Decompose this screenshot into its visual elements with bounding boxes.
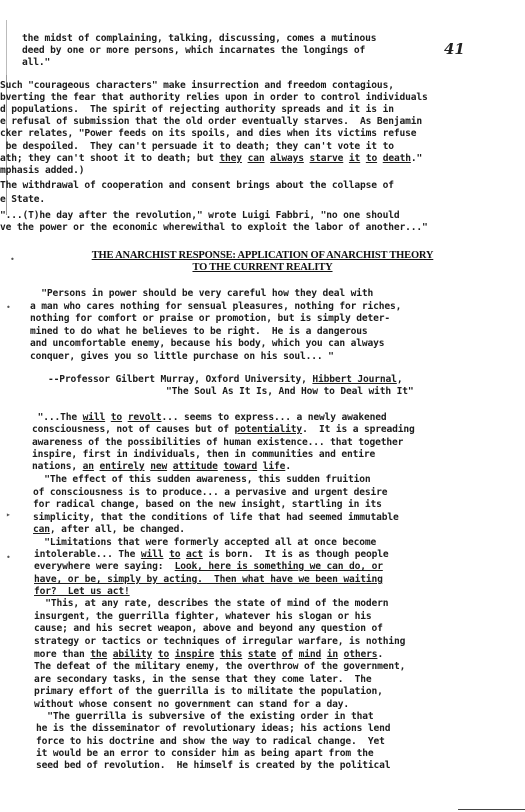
text-line-emphasis: ath; they can't shoot it to death; but t… [0,153,422,165]
text-line: bverting the fear that authority relies … [0,92,428,104]
text-line: d populations. The spirit of rejecting a… [0,104,394,116]
text-line: "...(T)he day after the revolution," wro… [0,210,399,222]
text: . It is a spreading [302,424,415,435]
text-line: ve the power or the economic wherewithal… [0,222,428,234]
underlined-word: starve [310,153,344,164]
quote-line: without whose consent no government can … [34,699,349,711]
underlined-word: to [111,412,122,423]
text-line: Such "courageous characters" make insurr… [0,80,394,92]
text: . [377,649,383,660]
quote-line: nations, an entirely new attitude toward… [32,461,291,473]
quote-line: of consciousness is to produce... a perv… [33,487,387,499]
margin-dot: • [6,303,11,312]
quote-line: inspire, first in individuals, then in c… [32,449,375,461]
underlined-word: will [83,412,106,423]
page-number: 41 [444,40,465,58]
text: is born. It is as though people [203,549,389,560]
text: "...The [32,412,83,423]
text: , after all, be changed. [50,524,185,535]
quote-line: intolerable... The will to act is born. … [34,549,389,561]
underlined-word: can [33,524,50,535]
quote-line: primary effort of the guerrilla is to mi… [34,686,383,698]
text: ... seems to express... a newly awakened [161,412,386,423]
quote-line: "Limitations that were formerly accepted… [33,537,376,549]
quote-line: "The guerrilla is subversive of the exis… [36,711,374,723]
attribution-title: "The Soul As It Is, And How to Deal with… [166,386,414,398]
quote-line: nothing for comfort or praise or promoti… [30,313,390,325]
text: consciousness, not of causes but of [32,424,235,435]
text-line: The withdrawal of cooperation and consen… [0,180,394,192]
margin-dot: • [10,255,15,264]
section-heading-line-1: THE ANARCHIST RESPONSE: APPLICATION OF A… [0,250,525,262]
quote-line: he is the disseminator of revolutionary … [36,723,390,735]
quote-line: for radical change, based on the new ins… [33,499,382,511]
underlined-word: in [327,649,338,660]
underlined-phrase: Look, here is something we can do, or [175,561,383,572]
text: . [285,461,291,472]
quote-line: consciousness, not of causes but of pote… [32,424,415,436]
quote-line: cause; and his secret weapon, above and … [34,623,383,635]
underlined-word: to [158,649,169,660]
text: ." [411,153,422,164]
underlined-word: inspire [175,649,214,660]
quote-line: awareness of the possibilities of human … [32,437,403,449]
quote-line: conquer, gives you so little purchase on… [30,351,334,363]
text: intolerable... The [34,549,141,560]
underlined-word: entirely [100,461,145,472]
underlined-word: they [219,153,242,164]
quote-line: and uncomfortable enemy, because his bod… [30,338,384,350]
underlined-phrase: have, or be, simply by acting. Then what… [34,574,383,585]
margin-dot: • [6,553,11,562]
attribution-author: --Professor Gilbert Murray, Oxford Unive… [48,374,312,385]
text-line: the midst of complaining, talking, discu… [22,33,376,45]
underlined-word: potentiality [235,424,303,435]
underlined-word: death [383,153,411,164]
footer-rule [458,809,525,810]
quote-line: mined to do what he believes to be right… [30,326,368,338]
quote-line: a man who cares nothing for sensual plea… [30,301,401,313]
text-line: e State. [0,194,45,206]
quote-line: for? Let us act! [34,586,130,598]
underlined-word: new [150,461,167,472]
quote-line: strategy or tactics or techniques of irr… [34,636,405,648]
underlined-word: can [248,153,265,164]
underlined-word: ability [113,649,152,660]
underlined-word: revolt [128,412,162,423]
attribution-journal: Hibbert Journal [312,374,396,385]
underlined-word: it [349,153,360,164]
margin-arrow: ▸ [6,510,11,519]
underlined-phrase: for? Let us act! [34,586,130,597]
quote-line: "This, at any rate, describes the state … [34,598,388,610]
underlined-word: toward [223,461,257,472]
quote-line: force to his doctrine and show the way t… [36,736,385,748]
quote-line: "The effect of this sudden awareness, th… [33,474,371,486]
underlined-word: this [220,649,243,660]
quote-line: "...The will to revolt... seems to expre… [32,412,387,424]
underlined-word: act [186,549,203,560]
underlined-word: to [366,153,377,164]
underlined-word: life [263,461,286,472]
text: everywhere were saying: [34,561,175,572]
text-line: all." [22,57,50,69]
underlined-word: state [248,649,276,660]
text: more than [34,649,90,660]
underlined-word: always [270,153,304,164]
text-line: be despoiled. They can't persuade it to … [0,141,394,153]
quote-line: more than the ability to inspire this st… [34,649,383,661]
punctuation: , [397,374,403,385]
text: ath; they can't shoot it to death; but [0,153,219,164]
quote-line: are secondary tasks, in the sense that t… [34,674,372,686]
quote-line: simplicity, that the conditions of life … [33,512,399,524]
underlined-word: attitude [173,461,218,472]
quote-line: have, or be, simply by acting. Then what… [34,574,383,586]
document-page: 41 the midst of complaining, talking, di… [0,0,525,812]
underlined-word: an [83,461,94,472]
quote-line: seed bed of revolution. He himself is cr… [36,760,390,772]
quote-line: everywhere were saying: Look, here is so… [34,561,383,573]
text-line: cker relates, "Power feeds on its spoils… [0,128,416,140]
underlined-word: will [141,549,164,560]
text-line: deed by one or more persons, which incar… [22,45,365,57]
underlined-word: the [90,649,107,660]
quote-line: can, after all, be changed. [33,524,185,536]
text: nations, [32,461,83,472]
text-line: e refusal of submission that the old ord… [0,116,422,128]
quote-line: it would be an error to consider him as … [36,748,374,760]
underlined-word: others [344,649,378,660]
attribution-line: --Professor Gilbert Murray, Oxford Unive… [48,374,402,386]
quote-line: "Persons in power should be very careful… [30,288,373,300]
section-heading-line-2: TO THE CURRENT REALITY [0,262,525,274]
text-line: mphasis added.) [0,165,84,177]
underlined-word: to [169,549,180,560]
quote-line: The defeat of the military enemy, the ov… [34,661,405,673]
underlined-word: mind [299,649,322,660]
underlined-word: of [282,649,293,660]
quote-line: insurgent, the guerrilla fighter, whatev… [34,611,372,623]
margin-mark [6,20,7,80]
